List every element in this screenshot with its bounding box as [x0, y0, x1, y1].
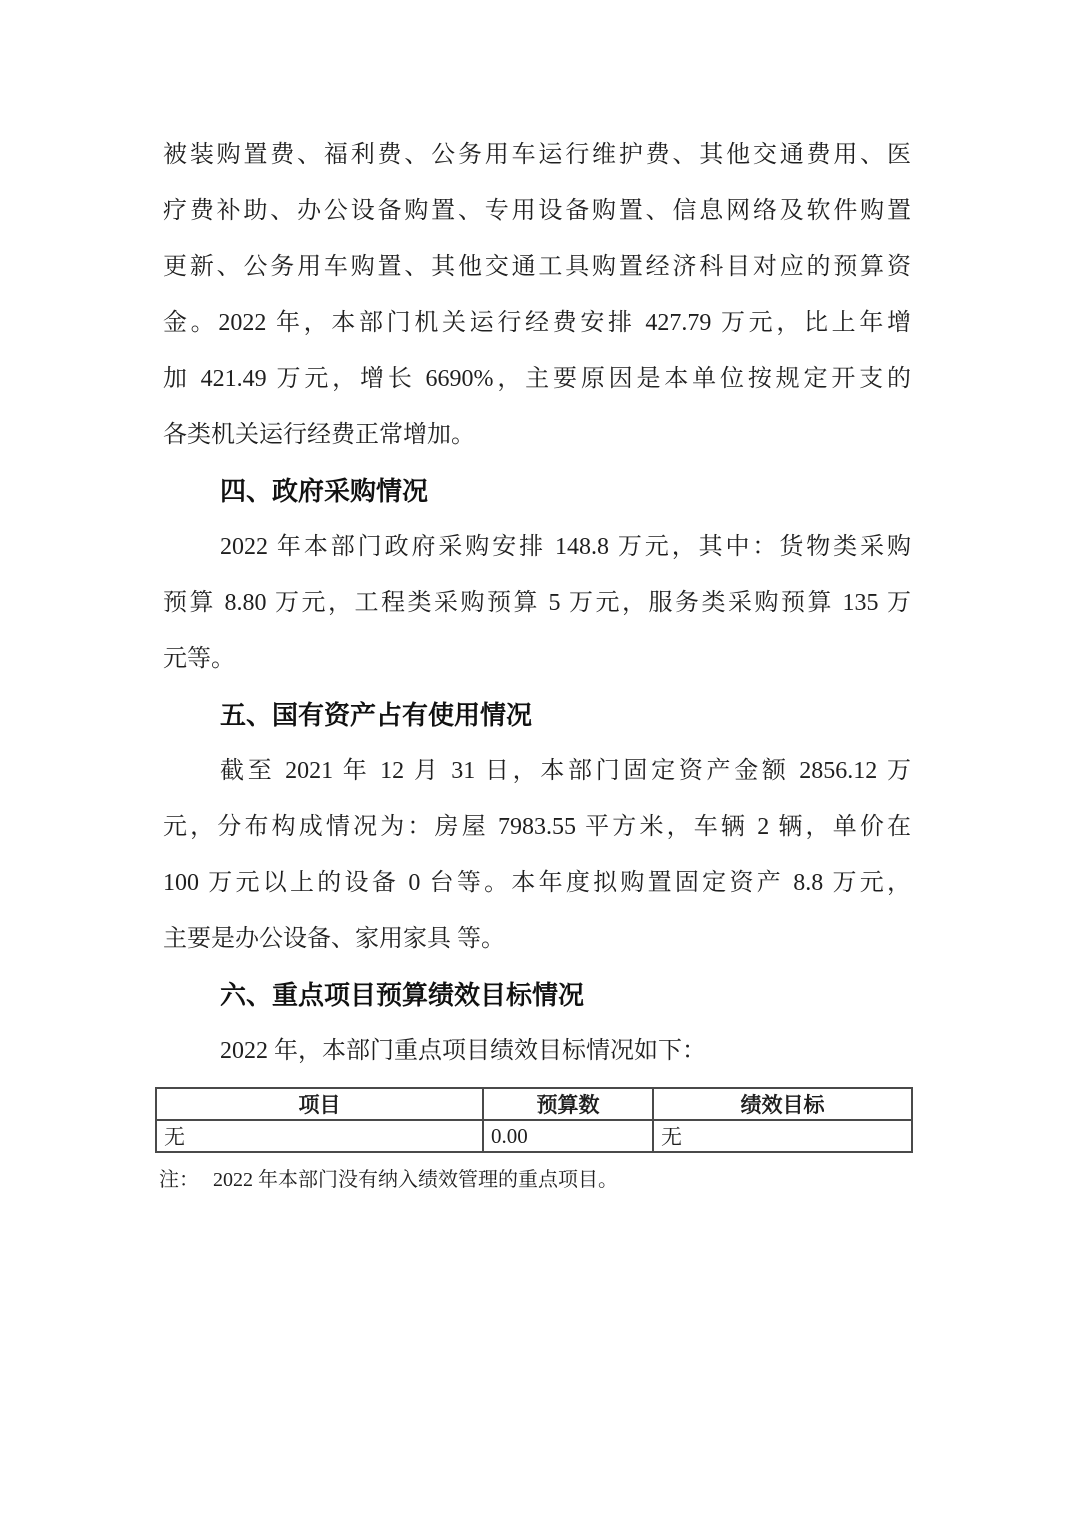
- paragraph-line: 主要是办公设备、家用家具 等。: [163, 911, 911, 967]
- col-header-project: 项目: [156, 1088, 483, 1120]
- paragraph-line: 截至 2021 年 12 月 31 日，本部门固定资产金额 2856.12 万: [163, 743, 911, 799]
- paragraph-line: 预算 8.80 万元，工程类采购预算 5 万元，服务类采购预算 135 万: [163, 575, 911, 631]
- table-header-row: 项目 预算数 绩效目标: [156, 1088, 912, 1120]
- table-cell-budget: 0.00: [483, 1120, 653, 1152]
- paragraph-line: 2022 年本部门政府采购安排 148.8 万元，其中：货物类采购: [163, 519, 911, 575]
- paragraph-line: 被装购置费、福利费、公务用车运行维护费、其他交通费用、医: [163, 127, 911, 183]
- document-content: 被装购置费、福利费、公务用车运行维护费、其他交通费用、医 疗费补助、办公设备购置…: [163, 127, 911, 1193]
- paragraph-line: 疗费补助、办公设备购置、专用设备购置、信息网络及软件购置: [163, 183, 911, 239]
- document-page: 被装购置费、福利费、公务用车运行维护费、其他交通费用、医 疗费补助、办公设备购置…: [0, 0, 1074, 1520]
- section6-heading: 六、重点项目预算绩效目标情况: [163, 967, 911, 1023]
- col-header-budget: 预算数: [483, 1088, 653, 1120]
- paragraph-line: 100 万元以上的设备 0 台等。本年度拟购置固定资产 8.8 万元，: [163, 855, 911, 911]
- table-cell-project: 无: [156, 1120, 483, 1152]
- paragraph-line: 元，分布构成情况为：房屋 7983.55 平方米，车辆 2 辆，单价在: [163, 799, 911, 855]
- section4-heading: 四、政府采购情况: [163, 463, 911, 519]
- paragraph-line: 更新、公务用车购置、其他交通工具购置经济科目对应的预算资: [163, 239, 911, 295]
- table-row: 无 0.00 无: [156, 1120, 912, 1152]
- note-text: 2022 年本部门没有纳入绩效管理的重点项目。: [213, 1169, 618, 1191]
- performance-target-table: 项目 预算数 绩效目标 无 0.00 无: [155, 1087, 913, 1153]
- paragraph-line: 加 421.49 万元，增长 6690%，主要原因是本单位按规定开支的: [163, 351, 911, 407]
- paragraph-line: 金。2022 年，本部门机关运行经费安排 427.79 万元，比上年增: [163, 295, 911, 351]
- table-cell-performance-target: 无: [653, 1120, 912, 1152]
- paragraph-line: 各类机关运行经费正常增加。: [163, 407, 911, 463]
- section6-intro-line: 2022 年，本部门重点项目绩效目标情况如下：: [163, 1023, 911, 1079]
- note-label: 注：: [159, 1169, 199, 1191]
- col-header-performance-target: 绩效目标: [653, 1088, 912, 1120]
- section5-heading: 五、国有资产占有使用情况: [163, 687, 911, 743]
- paragraph-line: 元等。: [163, 631, 911, 687]
- table-note: 注：2022 年本部门没有纳入绩效管理的重点项目。: [159, 1167, 911, 1193]
